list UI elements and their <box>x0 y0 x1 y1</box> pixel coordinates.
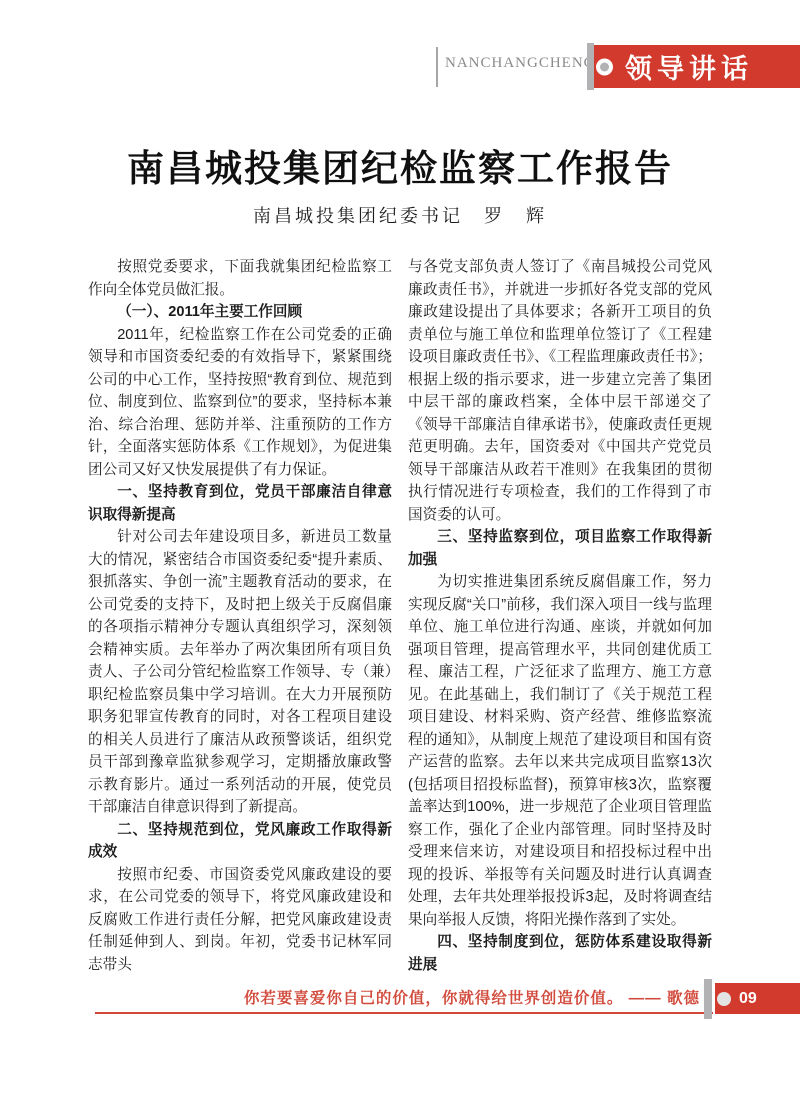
section-heading: 二、坚持规范到位，党风廉政工作取得新成效 <box>88 819 392 864</box>
section-heading: 一、坚持教育到位，党员干部廉洁自律意识取得新提高 <box>88 481 392 526</box>
footer-rule <box>95 1012 713 1014</box>
article-title: 南昌城投集团纪检监察工作报告 <box>0 138 800 192</box>
left-column: 按照党委要求，下面我就集团纪检监察工作向全体党员做汇报。（一）、2011年主要工… <box>88 256 392 956</box>
banner-gray-bar <box>587 43 594 90</box>
paragraph: 针对公司去年建设项目多，新进员工数量大的情况，紧密结合市国资委纪委“提升素质、狠… <box>88 526 392 819</box>
magazine-page: NANCHANGCHENGTOU 领导讲话 南昌城投集团纪检监察工作报告 南昌城… <box>0 0 800 1093</box>
page-number: 09 <box>739 990 757 1008</box>
masthead: NANCHANGCHENGTOU 领导讲话 <box>0 0 800 95</box>
section-banner: 领导讲话 <box>594 45 800 88</box>
paragraph: 与各党支部负责人签订了《南昌城投公司党风廉政责任书》，并就进一步抓好各党支部的党… <box>408 256 712 526</box>
pagenum-dot-icon <box>717 992 731 1006</box>
banner-dot-inner-icon <box>600 62 609 71</box>
journal-divider-rule <box>436 47 438 87</box>
article-body: 按照党委要求，下面我就集团纪检监察工作向全体党员做汇报。（一）、2011年主要工… <box>88 256 712 956</box>
paragraph: 按照党委要求，下面我就集团纪检监察工作向全体党员做汇报。 <box>88 256 392 301</box>
pagenum-gray-bar <box>704 979 712 1019</box>
article-byline: 南昌城投集团纪委书记 罗 辉 <box>0 202 800 228</box>
footer-quote: 你若要喜爱你自己的价值，你就得给世界创造价值。 —— 歌德 <box>244 986 700 1008</box>
paragraph: 按照市纪委、市国资委党风廉政建设的要求，在公司党委的领导下，将党风廉政建设和反腐… <box>88 864 392 977</box>
banner-dot-icon <box>596 58 613 75</box>
section-heading: 三、坚持监察到位，项目监察工作取得新加强 <box>408 526 712 571</box>
right-column: 与各党支部负责人签订了《南昌城投公司党风廉政责任书》，并就进一步抓好各党支部的党… <box>408 256 712 956</box>
paragraph: 为切实推进集团系统反腐倡廉工作，努力实现反腐“关口”前移，我们深入项目一线与监理… <box>408 571 712 931</box>
pagenum-box: 09 <box>715 983 800 1014</box>
section-label: 领导讲话 <box>625 47 753 86</box>
section-heading: 四、坚持制度到位，惩防体系建设取得新进展 <box>408 931 712 976</box>
section-heading: （一）、2011年主要工作回顾 <box>88 301 392 324</box>
paragraph: 2011年，纪检监察工作在公司党委的正确领导和市国资委纪委的有效指导下，紧紧围绕… <box>88 324 392 482</box>
